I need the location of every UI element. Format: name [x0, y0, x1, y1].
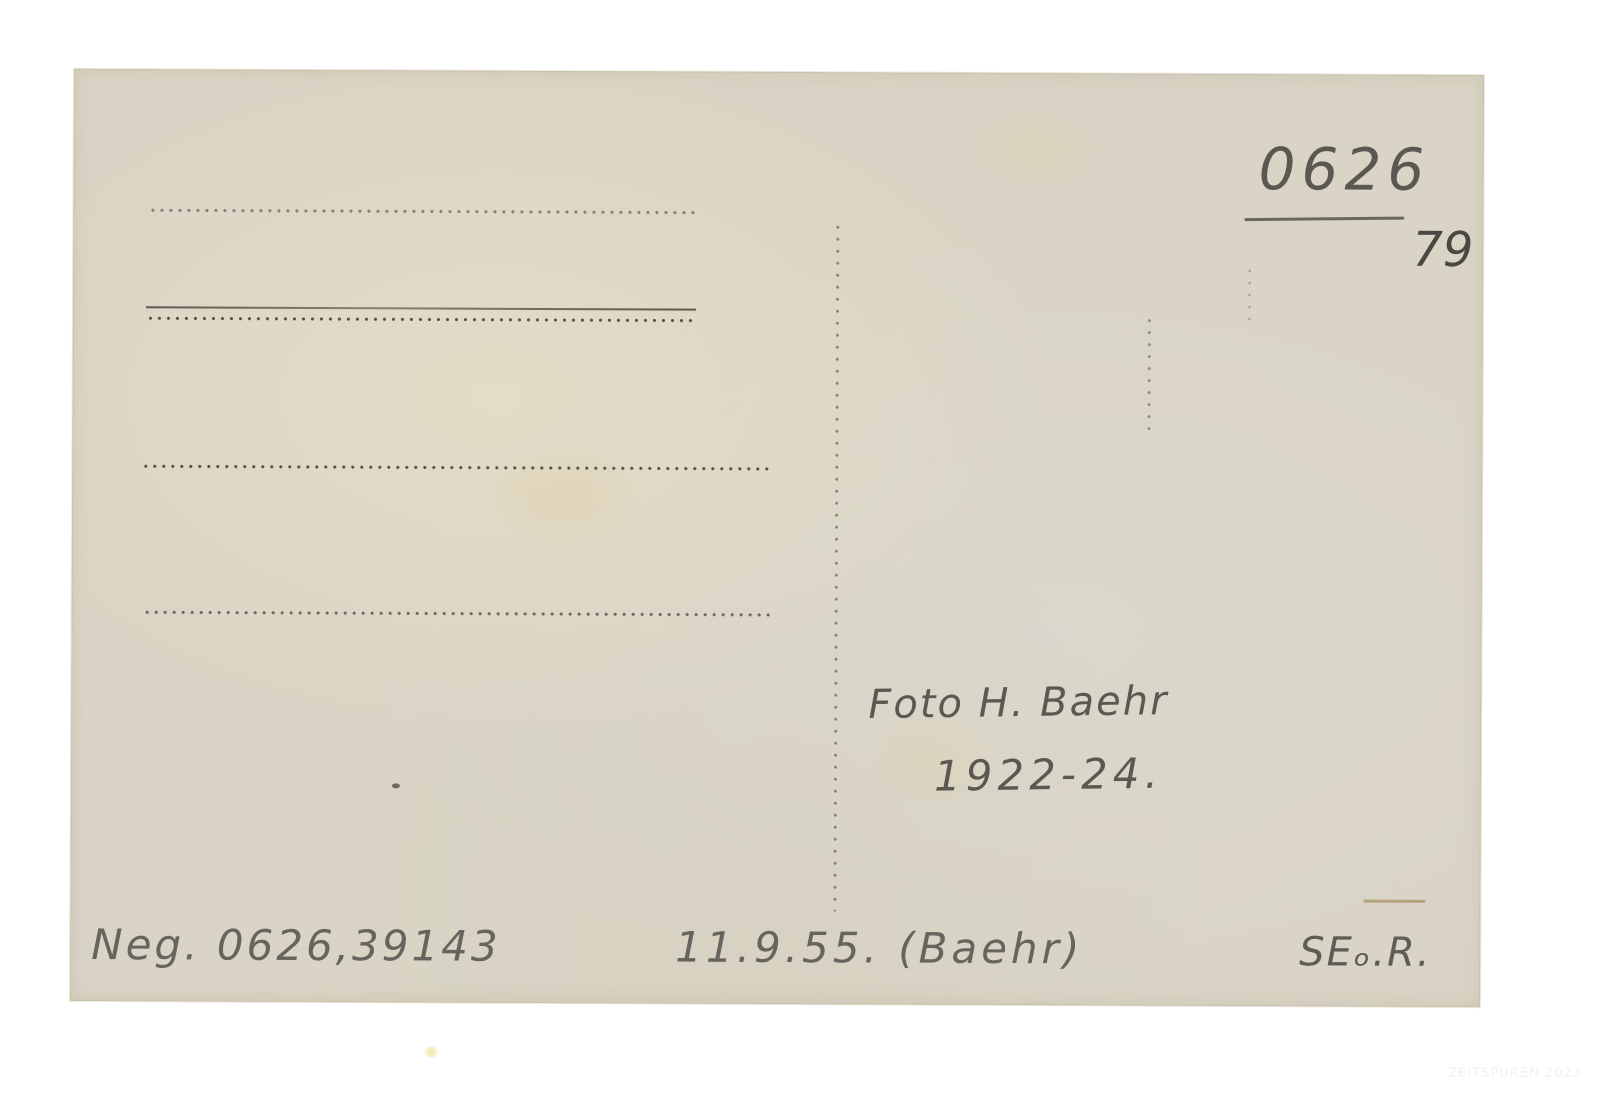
address-line-1	[148, 208, 698, 214]
photographer-credit: Foto H. Baehr	[868, 678, 1169, 728]
address-line-3	[141, 464, 769, 471]
initials: SEₒ.R.	[1299, 929, 1432, 976]
pencil-mark	[1363, 900, 1425, 903]
watermark: ZEITSPUREN 2023	[1448, 1066, 1582, 1081]
paper-stain	[975, 114, 1095, 185]
postcard-back: 0626 79 Foto H. Baehr 1922-24. Neg. 0626…	[70, 69, 1484, 1007]
archive-date: 11.9.55. (Baehr)	[675, 923, 1083, 974]
address-line-2-stroke	[146, 306, 696, 310]
address-line-4	[143, 610, 771, 617]
archive-number-underline	[1244, 217, 1404, 222]
photo-date-range: 1922-24.	[934, 749, 1163, 801]
paper-speck	[392, 783, 400, 788]
stamp-box-edge	[1248, 265, 1251, 325]
stamp-box-edge	[1147, 315, 1151, 435]
archive-number: 0626	[1258, 135, 1430, 204]
archive-sub-number: 79	[1412, 222, 1473, 278]
center-divider	[833, 221, 839, 911]
negative-number: Neg. 0626,39143	[91, 920, 501, 971]
address-line-2	[146, 316, 694, 322]
speck	[424, 1046, 438, 1058]
